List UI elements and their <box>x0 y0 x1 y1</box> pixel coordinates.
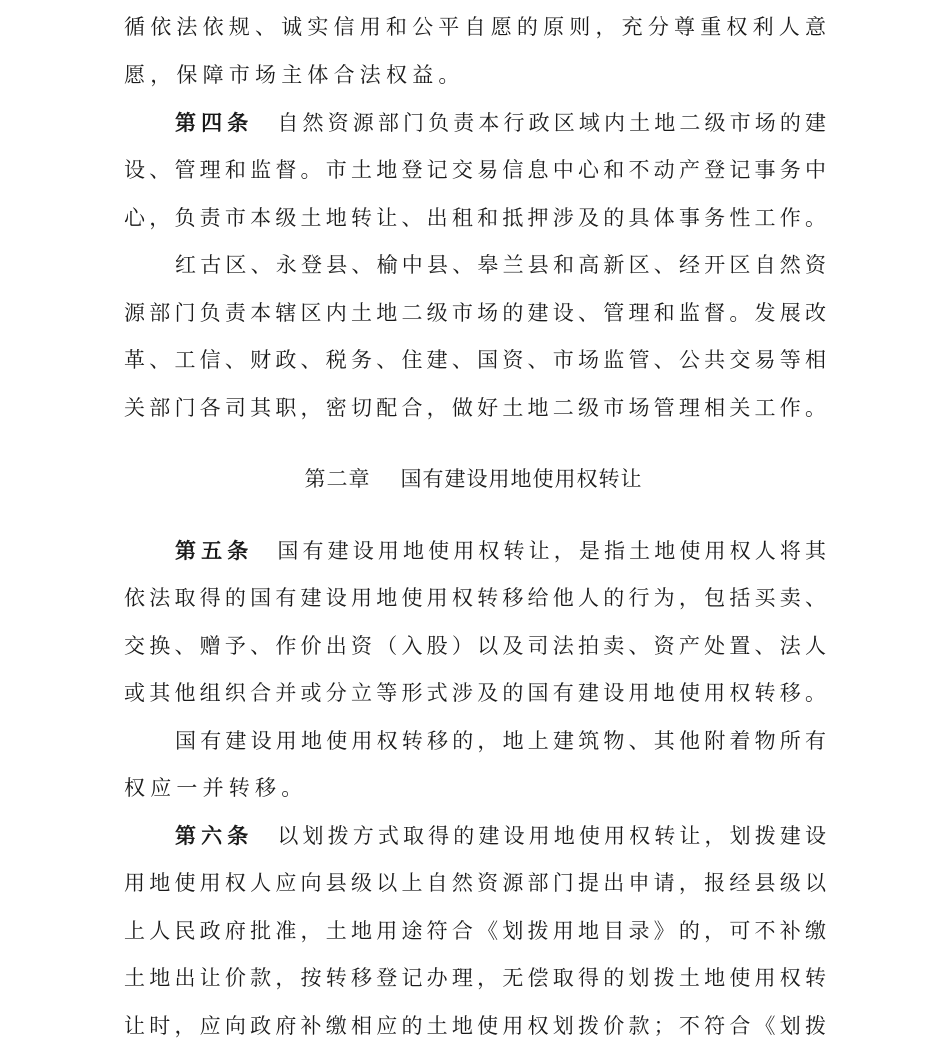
paragraph-line: 设、管理和监督。市土地登记交易信息中心和不动产登记事务中 <box>124 155 826 185</box>
article-6-label: 第六条 <box>175 824 253 848</box>
paragraph-line: 国有建设用地使用权转移的，地上建筑物、其他附着物所有 <box>175 726 826 756</box>
article-5-text: 国有建设用地使用权转让，是指土地使用权人将其 <box>277 539 826 563</box>
article-4-first-line: 第四条自然资源部门负责本行政区域内土地二级市场的建 <box>175 108 826 138</box>
paragraph-line: 交换、赠予、作价出资（入股）以及司法拍卖、资产处置、法人 <box>124 631 826 661</box>
article-5-label: 第五条 <box>175 539 253 563</box>
paragraph-line: 用地使用权人应向县级以上自然资源部门提出申请，报经县级以 <box>124 868 826 898</box>
paragraph-line: 红古区、永登县、榆中县、皋兰县和高新区、经开区自然资 <box>175 250 826 280</box>
chapter-heading: 第二章国有建设用地使用权转让 <box>0 464 947 494</box>
paragraph-line: 革、工信、财政、税务、住建、国资、市场监管、公共交易等相 <box>124 345 826 375</box>
paragraph-line: 土地出让价款，按转移登记办理，无偿取得的划拨土地使用权转 <box>124 963 826 993</box>
paragraph-line: 愿，保障市场主体合法权益。 <box>124 60 826 90</box>
article-6-text: 以划拨方式取得的建设用地使用权转让，划拨建设 <box>277 824 826 848</box>
paragraph-line: 循依法依规、诚实信用和公平自愿的原则，充分尊重权利人意 <box>124 12 826 42</box>
chapter-number: 第二章 <box>305 467 371 491</box>
article-4-text: 自然资源部门负责本行政区域内土地二级市场的建 <box>277 111 826 135</box>
article-6-first-line: 第六条以划拨方式取得的建设用地使用权转让，划拨建设 <box>175 821 826 851</box>
paragraph-line: 源部门负责本辖区内土地二级市场的建设、管理和监督。发展改 <box>124 298 826 328</box>
paragraph-line: 上人民政府批准，土地用途符合《划拨用地目录》的，可不补缴 <box>124 916 826 946</box>
article-5-first-line: 第五条国有建设用地使用权转让，是指土地使用权人将其 <box>175 536 826 566</box>
chapter-title: 国有建设用地使用权转让 <box>401 467 643 491</box>
paragraph-line: 依法取得的国有建设用地使用权转移给他人的行为，包括买卖、 <box>124 583 826 613</box>
document-page: 循依法依规、诚实信用和公平自愿的原则，充分尊重权利人意 愿，保障市场主体合法权益… <box>0 0 947 1044</box>
paragraph-line: 让时，应向政府补缴相应的土地使用权划拨价款；不符合《划拨 <box>124 1011 826 1041</box>
paragraph-line: 权应一并转移。 <box>124 773 826 803</box>
paragraph-line: 或其他组织合并或分立等形式涉及的国有建设用地使用权转移。 <box>124 678 826 708</box>
article-4-label: 第四条 <box>175 111 253 135</box>
paragraph-line: 关部门各司其职，密切配合，做好土地二级市场管理相关工作。 <box>124 393 826 423</box>
paragraph-line: 心，负责市本级土地转让、出租和抵押涉及的具体事务性工作。 <box>124 203 826 233</box>
